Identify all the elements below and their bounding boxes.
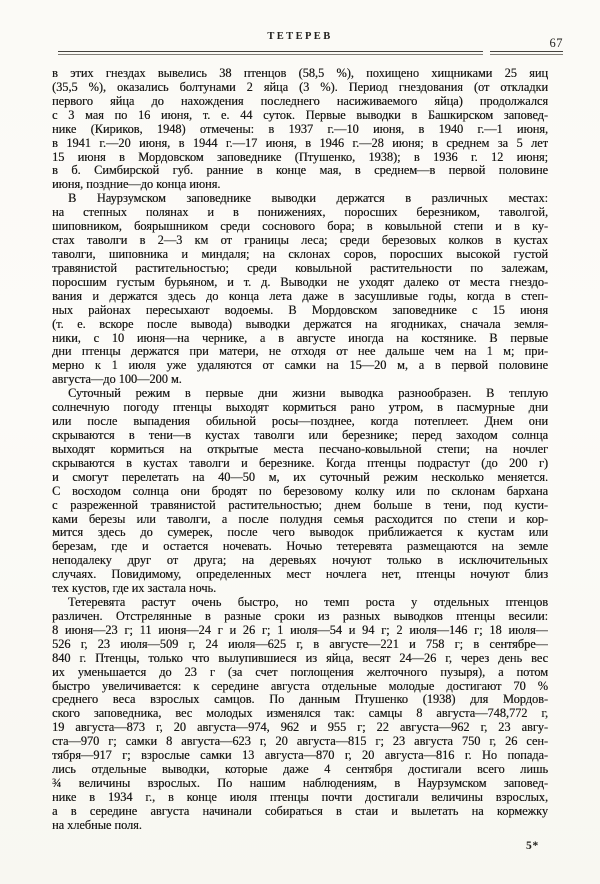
text-line: июня, поздние—до конца июня.	[52, 178, 548, 192]
paragraph: В Наурзумском заповеднике выводки держат…	[52, 192, 548, 387]
header-rule-main	[58, 51, 483, 55]
text-line: лись отдельные выводки, которые даже 4 с…	[52, 763, 548, 777]
scanned-book-page: ТЕТЕРЕВ 67 в этих гнездах вывелись 38 пт…	[0, 0, 600, 884]
text-line: скрываются в тени—в кустах таволги или б…	[52, 429, 548, 443]
text-line: тября—917 г; взрослые самки 13 августа—8…	[52, 749, 548, 763]
text-line: в этих гнездах вывелись 38 птенцов (58,5…	[52, 67, 548, 81]
text-line: августа—до 100—200 м.	[52, 373, 548, 387]
text-line: первого яйца до нахождения последнего на…	[52, 95, 548, 109]
paragraph: Суточный режим в первые дни жизни выводк…	[52, 387, 548, 596]
paragraph: в этих гнездах вывелись 38 птенцов (58,5…	[52, 67, 548, 192]
text-line: в б. Симбирской губ. ранние в конце мая,…	[52, 164, 548, 178]
text-line: ных районах пересыхают водоемы. В Мордов…	[52, 304, 548, 318]
text-line: а в середине августа начинали собираться…	[52, 805, 548, 819]
text-line: мерно к 1 июля уже удаляются от самки на…	[52, 359, 548, 373]
text-line: быстро увеличивается: к середине августа…	[52, 680, 548, 694]
page-number: 67	[550, 36, 564, 51]
text-line: Тетеревята растут очень быстро, но темп …	[52, 596, 548, 610]
text-line: нике (Кириков, 1948) отмечены: в 1937 г.…	[52, 123, 548, 137]
text-line: Суточный режим в первые дни жизни выводк…	[52, 387, 548, 401]
text-line: нике в 1934 г., в конце июля птенцы почт…	[52, 791, 548, 805]
text-line: неподалеку друг от друга; на деревьях но…	[52, 554, 548, 568]
running-title: ТЕТЕРЕВ	[0, 31, 600, 42]
text-line: среднего веса взрослых самцов. По данным…	[52, 693, 548, 707]
text-line: и смогут перелетать на 40—50 м, их суточ…	[52, 471, 548, 485]
text-line: 19 августа—873 г, 20 августа—974, 962 и …	[52, 721, 548, 735]
text-line: 526 г, 23 июля—509 г, 24 июля—625 г, в а…	[52, 638, 548, 652]
text-line: ста—970 г; самки 8 августа—623 г, 20 авг…	[52, 735, 548, 749]
text-line: тех кустов, где их застала ночь.	[52, 582, 548, 596]
text-line: 840 г. Птенцы, только что вылупившиеся и…	[52, 652, 548, 666]
header-rule-right	[490, 51, 563, 55]
text-line: ского заповедника, вес молодых изменялся…	[52, 707, 548, 721]
text-line: (т. е. вскоре после вывода) выводки держ…	[52, 318, 548, 332]
text-line: 8 июня—23 г; 11 июня—24 г и 26 г; 1 июля…	[52, 624, 548, 638]
text-line: с разреженной травянистой растительность…	[52, 499, 548, 513]
text-line: стах таволги в 2—3 км от границы леса; с…	[52, 234, 548, 248]
text-line: различен. Отстрелянные в разные сроки из…	[52, 610, 548, 624]
text-block: в этих гнездах вывелись 38 птенцов (58,5…	[52, 67, 548, 833]
text-line: их уменьшается до 23 г (за счет поглощен…	[52, 666, 548, 680]
text-line: выходят кормиться на открытые места песч…	[52, 443, 548, 457]
text-line: на степных полянах и в понижениях, порос…	[52, 206, 548, 220]
text-line: на хлебные поля.	[52, 819, 548, 833]
text-line: поросшим густым бурьяном, и т. д. Выводк…	[52, 276, 548, 290]
text-line: в 1941 г.—20 июня, в 1944 г.—17 июня, в …	[52, 137, 548, 151]
text-line: или после выпадения обильной росы—поздне…	[52, 415, 548, 429]
text-line: 15 июня в Мордовском заповеднике (Птушен…	[52, 151, 548, 165]
text-line: (35,5 %), оказались болтунами 2 яйца (3 …	[52, 81, 548, 95]
text-line: мится здесь до сумерек, после чего вывод…	[52, 526, 548, 540]
text-line: дни птенцы держатся при матери, не отход…	[52, 345, 548, 359]
text-line: В Наурзумском заповеднике выводки держат…	[52, 192, 548, 206]
text-line: случаях. Повидимому, определенных мест н…	[52, 568, 548, 582]
text-line: ¾ величины взрослых. По нашим наблюдения…	[52, 777, 548, 791]
printer-signature-mark: 5*	[526, 840, 539, 852]
text-line: шиповником, боярышником среди соснового …	[52, 220, 548, 234]
text-line: солнечную погоду птенцы выходят кормитьс…	[52, 401, 548, 415]
text-line: березам, где и остается ночевать. Ночью …	[52, 540, 548, 554]
text-line: таволги, шиповника и миндаля; на склонах…	[52, 248, 548, 262]
text-line: С восходом солнца они бродят по березово…	[52, 485, 548, 499]
text-line: ками березы или таволги, а после полудня…	[52, 513, 548, 527]
paragraph: Тетеревята растут очень быстро, но темп …	[52, 596, 548, 833]
text-line: ники, с 10 июня—на чернике, а в августе …	[52, 332, 548, 346]
text-line: травянистой растительностью; среди ковыл…	[52, 262, 548, 276]
text-line: с 3 мая по 16 июня, т. е. 44 суток. Перв…	[52, 109, 548, 123]
text-line: скрываются в кустах таволги и березнике.…	[52, 457, 548, 471]
text-line: вания и держатся здесь до конца лета даж…	[52, 290, 548, 304]
